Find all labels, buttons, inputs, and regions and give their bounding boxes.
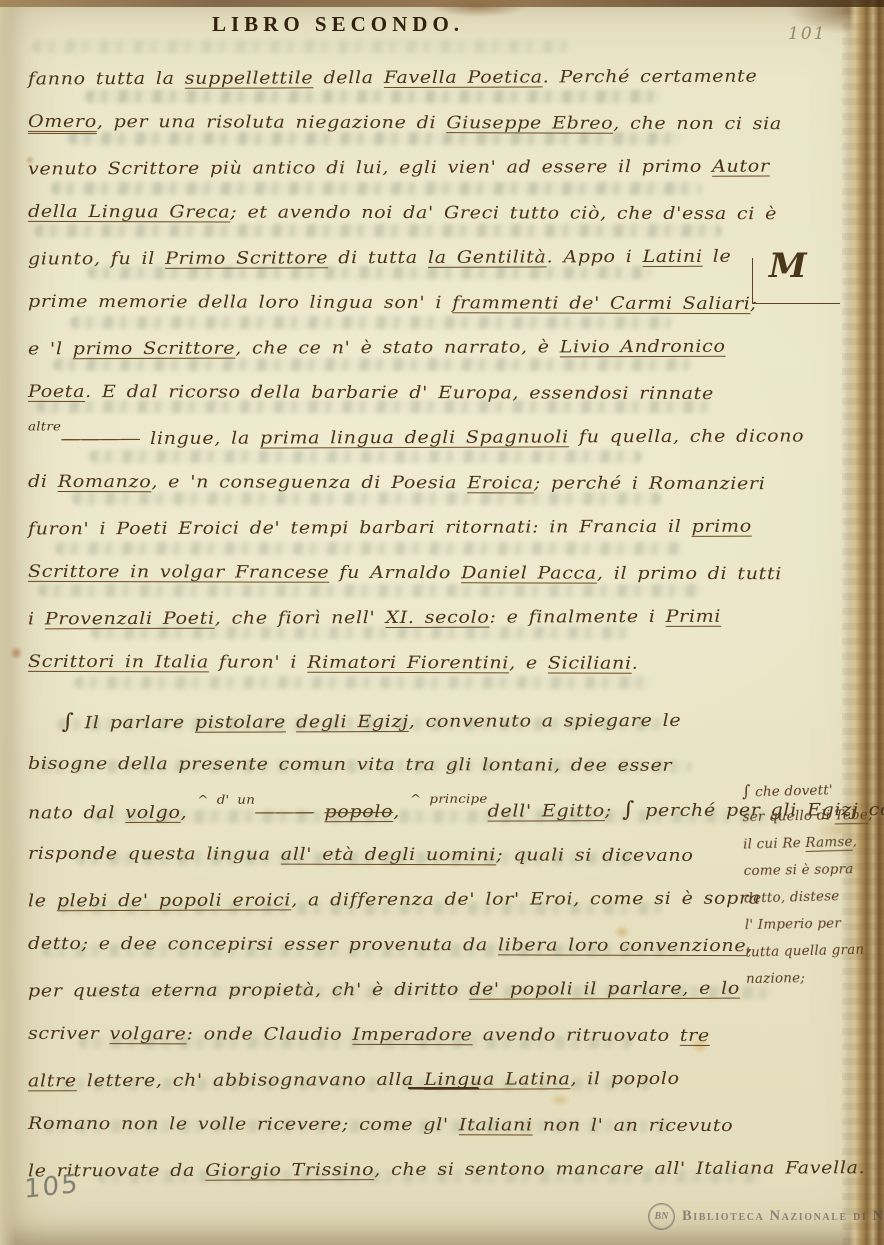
text-segment: dell' Egitto — [488, 801, 605, 821]
manuscript-page-scan: LIBRO SECONDO. 101 fanno tutta la suppel… — [0, 0, 884, 1245]
text-segment: Provenzali Poeti — [45, 609, 215, 630]
manuscript-line: Scrittori in Italia furon' i Rimatori Fi… — [28, 640, 756, 687]
manuscript-line: le plebi de' popoli eroici, a differenza… — [28, 877, 756, 925]
text-segment: Ramse — [805, 834, 853, 851]
manuscript-paragraph: fanno tutta la suppellettile della Favel… — [28, 56, 756, 686]
reference-mark: ∫ — [622, 797, 635, 821]
text-segment: , — [181, 803, 198, 823]
reference-mark: ∫ — [62, 709, 75, 733]
text-segment: nato dal — [28, 803, 125, 823]
text-segment: Rimatori Fiorentini — [307, 653, 509, 674]
text-segment: fu quella, che dicono — [569, 426, 804, 447]
text-segment: , convenuto a spiegare le — [409, 711, 682, 732]
text-segment: de' popoli il parlare, e lo — [469, 979, 740, 1000]
manuscript-line: di Romanzo, e 'n conseguenza di Poesia E… — [28, 460, 756, 507]
manuscript-line: ∫ che dovett' — [742, 775, 863, 805]
text-segment: che dovett' — [750, 782, 833, 800]
manuscript-line: Scrittore in volgar Francese fu Arnaldo … — [28, 550, 756, 597]
text-segment: il cui Re — [743, 835, 806, 853]
text-segment: risponde questa lingua — [28, 844, 281, 865]
manuscript-line: prime memorie della loro lingua son' i f… — [28, 280, 756, 327]
text-segment: della Lingua Greca — [28, 202, 230, 223]
text-segment: Romanzo — [58, 472, 152, 492]
text-segment: , — [868, 807, 873, 823]
text-segment: Giuseppe Ebreo — [446, 113, 613, 134]
manuscript-line: le ritruovate da Giorgio Trissino, che s… — [28, 1147, 756, 1195]
text-segment: ser quello di — [742, 807, 834, 825]
text-segment: , — [393, 802, 410, 822]
struck-text: ——— — [255, 802, 314, 822]
text-segment: Omero — [28, 112, 97, 132]
manuscript-text: fanno tutta la suppellettile della Favel… — [28, 56, 756, 1193]
text-segment — [286, 712, 296, 732]
text-segment: ; quali si dicevano — [496, 845, 693, 866]
manuscript-line: Omero, per una risoluta niegazione di Gi… — [28, 100, 756, 147]
text-segment: prime memorie della loro lingua son' i — [28, 292, 452, 313]
interlinear-insertion: altre — [28, 419, 61, 433]
text-segment: fanno tutta la — [28, 69, 185, 90]
text-segment: XI. secolo — [385, 608, 489, 628]
manuscript-line: e 'l primo Scrittore, che ce n' è stato … — [28, 325, 756, 373]
text-segment: , che si sentono mancare all' Italiana F… — [374, 1158, 865, 1180]
text-segment: Daniel Pacca — [461, 563, 597, 583]
text-segment: , — [852, 834, 857, 850]
manuscript-line: per questa eterna propietà, ch' è diritt… — [28, 967, 756, 1015]
manuscript-line: nazione; — [746, 964, 866, 993]
text-segment: i — [28, 609, 45, 629]
text-segment: Autor — [712, 157, 770, 177]
manuscript-line: nato dal volgo, ^ d' un——— popolo, ^ pri… — [28, 787, 756, 835]
text-segment: e 'l — [28, 339, 73, 359]
text-segment: primo Scrittore — [73, 339, 236, 360]
text-segment: furon' i — [209, 652, 307, 672]
text-segment: ; perché i Romanzieri — [534, 473, 766, 494]
text-segment: plebi de' popoli eroici — [57, 890, 291, 911]
text-segment: , per una risoluta niegazione di — [97, 112, 447, 133]
page-top-edge — [0, 0, 884, 7]
manuscript-line: ∫ Il parlare pistolare degli Egizj, conv… — [28, 697, 756, 745]
text-segment: fu Arnaldo — [329, 563, 461, 583]
struck-text: ———— — [61, 429, 140, 449]
text-segment: tre — [680, 1026, 710, 1046]
manuscript-line: i Provenzali Poeti, che fiorì nell' XI. … — [28, 595, 756, 643]
text-segment: bisogne della presente comun vita tra gl… — [28, 754, 672, 776]
text-segment: ; — [605, 801, 622, 821]
folio-number: 101 — [788, 24, 826, 44]
text-segment: . E dal ricorso della barbarie d' Europa… — [85, 382, 714, 404]
text-segment: Romano non le volle ricevere; come gl' — [28, 1114, 459, 1135]
text-segment: all' età degli uomini — [281, 845, 497, 866]
manuscript-line: scriver volgare: onde Claudio Imperadore… — [28, 1012, 756, 1059]
manuscript-line: altre———— lingue, la prima lingua degli … — [28, 415, 756, 463]
library-stamp: BN Biblioteca Nazionale di Napoli — [648, 1203, 884, 1230]
text-segment: avendo ritruovato — [473, 1025, 680, 1046]
margin-note: ∫ che dovett'ser quello di Tebe,il cui R… — [742, 775, 866, 993]
struck-text: popolo — [324, 802, 393, 822]
manuscript-line: risponde questa lingua all' età degli uo… — [28, 832, 756, 879]
text-segment: primo — [691, 517, 751, 537]
stamp-label: Biblioteca Nazionale di Napoli — [682, 1208, 884, 1225]
text-segment: Scrittori in Italia — [28, 652, 209, 673]
text-segment: libera loro convenzione — [498, 935, 746, 956]
text-segment: suppellettile — [185, 68, 314, 89]
text-segment: Eroica — [467, 473, 534, 493]
text-segment: Poeta — [28, 382, 85, 402]
text-segment: le — [703, 247, 732, 267]
text-segment: tutta quella gran — [745, 941, 864, 960]
manuscript-line: l' Imperio per — [745, 910, 865, 939]
text-segment: . Appo i — [546, 247, 642, 267]
monogram-letters: BN — [655, 1211, 669, 1222]
margin-mark-letter: M — [769, 246, 807, 286]
text-segment: la Gentilità — [428, 247, 547, 267]
text-segment: furon' i Poeti Eroici de' tempi barbari … — [28, 517, 692, 540]
text-segment: : e finalmente i — [489, 607, 665, 628]
manuscript-line: il cui Re Ramse, — [743, 828, 864, 858]
manuscript-line: ser quello di Tebe, — [742, 802, 862, 831]
text-segment: , che ce n' è stato narrato, è — [235, 337, 560, 358]
text-segment: come si è sopra — [744, 861, 854, 879]
manuscript-line: Romano non le volle ricevere; come gl' I… — [28, 1102, 756, 1149]
pencil-shelf-number: 105 — [24, 1169, 79, 1205]
manuscript-line: giunto, fu il Primo Scrittore di tutta l… — [28, 235, 756, 283]
page-title: LIBRO SECONDO. — [212, 12, 464, 37]
text-segment: Latini — [643, 247, 703, 267]
manuscript-line: Poeta. E dal ricorso della barbarie d' E… — [28, 370, 756, 417]
text-segment: Siciliani — [548, 653, 632, 673]
page-left-edge — [0, 0, 16, 1245]
text-segment: . — [632, 654, 639, 674]
text-segment: Livio Andronico — [560, 337, 726, 358]
manuscript-line: tutta quella gran — [745, 936, 866, 966]
text-segment: Imperadore — [352, 1025, 472, 1045]
text-segment: volgo — [125, 803, 180, 823]
manuscript-line: furon' i Poeti Eroici de' tempi barbari … — [28, 505, 756, 553]
text-segment: di — [28, 472, 58, 492]
manuscript-paragraph: ∫ Il parlare pistolare degli Egizj, conv… — [28, 698, 756, 1193]
text-segment: Il parlare — [74, 713, 194, 733]
deleted-word-scribble: ————— — [408, 1078, 478, 1097]
interlinear-insertion: ^ principe — [410, 792, 488, 806]
bnn-monogram-icon: BN — [648, 1203, 675, 1230]
text-segment: le — [28, 891, 57, 911]
text-segment: l' Imperio per — [745, 915, 841, 933]
manuscript-line: venuto Scrittore più antico di lui, egli… — [28, 145, 756, 193]
text-segment: lettere, ch' abbisognavano alla — [77, 1070, 424, 1091]
text-segment: detto; e dee concepirsi esser provenuta … — [28, 934, 498, 955]
manuscript-line: bisogne della presente comun vita tra gl… — [28, 742, 756, 789]
text-segment: Tebe — [835, 807, 869, 824]
text-segment: nazione; — [746, 970, 805, 987]
manuscript-line: detto; e dee concepirsi esser provenuta … — [28, 922, 756, 969]
text-segment: . Perché certamente — [543, 67, 758, 88]
text-segment: volgare — [110, 1024, 187, 1044]
text-segment: , e — [509, 653, 548, 673]
text-segment: ; et avendo noi da' Greci tutto ciò, che… — [230, 202, 777, 224]
interlinear-insertion: ^ d' un — [197, 793, 255, 807]
margin-bracket-mark: M — [752, 258, 840, 304]
text-segment: venuto Scrittore più antico di lui, egli… — [28, 157, 712, 180]
text-segment: degli Egizj — [296, 712, 409, 732]
text-segment: per questa eterna propietà, ch' è diritt… — [28, 980, 469, 1002]
manuscript-line: come si è sopra — [743, 856, 863, 885]
text-segment: frammenti de' Carmi Saliari — [452, 293, 750, 314]
manuscript-line: detto, distese — [744, 882, 865, 912]
text-segment: prima lingua degli Spagnuoli — [260, 427, 569, 448]
text-segment: Primo Scrittore — [165, 248, 328, 269]
text-segment: pistolare — [195, 712, 286, 732]
text-segment: : onde Claudio — [186, 1024, 352, 1045]
text-segment: Favella Poetica — [384, 67, 543, 88]
text-segment: giunto, fu il — [28, 249, 165, 270]
text-segment: altre — [28, 1071, 77, 1091]
text-segment: , il popolo — [570, 1069, 679, 1089]
manuscript-line: altre lettere, ch' abbisognavano alla Li… — [28, 1057, 756, 1105]
manuscript-line: della Lingua Greca; et avendo noi da' Gr… — [28, 190, 756, 237]
text-segment: , il primo di tutti — [597, 564, 782, 585]
manuscript-line: fanno tutta la suppellettile della Favel… — [28, 55, 756, 103]
text-segment: di tutta — [328, 248, 428, 268]
text-segment: Primi — [666, 607, 722, 627]
text-segment: non l' an ricevuto — [533, 1115, 734, 1136]
text-segment: lingue, la — [140, 429, 260, 449]
text-segment: , che non ci sia — [613, 114, 782, 135]
text-segment: Scrittore in volgar Francese — [28, 562, 329, 583]
text-segment: , a differenza de' lor' Eroi, come si è … — [291, 889, 761, 911]
text-segment: Italiani — [459, 1115, 533, 1135]
text-segment — [314, 802, 324, 822]
text-segment: Giorgio Trissino — [205, 1160, 374, 1181]
text-segment: , che fiorì nell' — [215, 608, 386, 629]
text-segment: della — [313, 68, 384, 88]
ghost-line — [32, 40, 572, 53]
text-segment: detto, distese — [744, 888, 840, 906]
text-segment: , e 'n conseguenza di Poesia — [151, 472, 467, 493]
text-segment: scriver — [28, 1024, 110, 1044]
book-gutter-fold — [842, 0, 884, 1245]
